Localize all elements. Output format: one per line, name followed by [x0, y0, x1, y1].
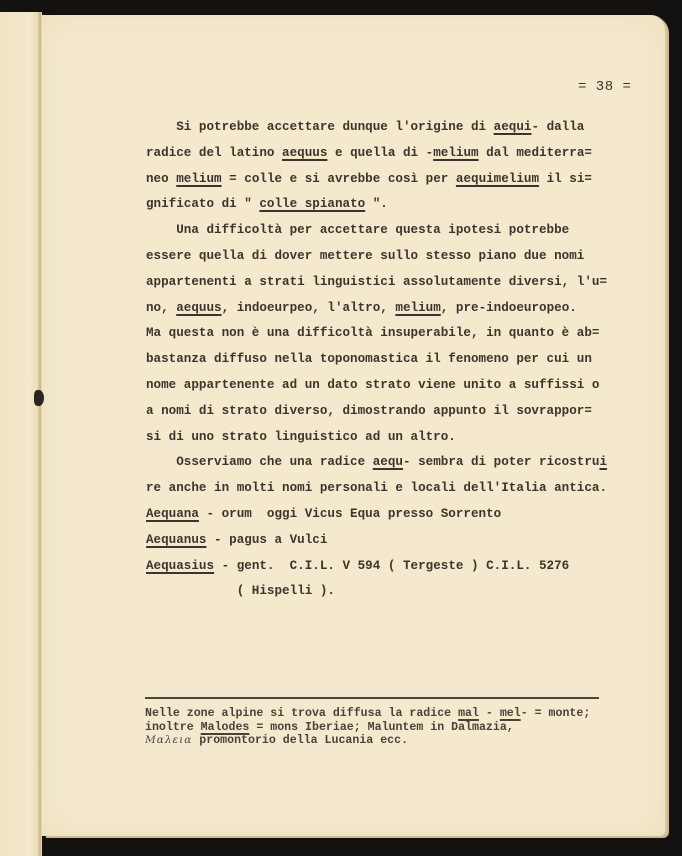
text-segment: il si=	[539, 172, 592, 186]
text-segment: - gent. C.I.L. V 594 ( Tergeste ) C.I.L.…	[214, 559, 569, 573]
underlined-term: Malodes	[201, 721, 250, 734]
paragraph-line: ( Hispelli ).	[146, 579, 606, 605]
footnote-separator	[145, 697, 599, 699]
text-segment: Si potrebbe accettare dunque l'origine d…	[146, 120, 494, 134]
text-segment: si di uno strato linguistico ad un altro…	[146, 430, 456, 444]
paragraph-line: bastanza diffuso nella toponomastica il …	[146, 347, 606, 373]
paragraph: Si potrebbe accettare dunque l'origine d…	[146, 115, 606, 218]
paragraph-line: gnificato di " colle spianato ".	[146, 192, 606, 218]
text-segment: , indoeurpeo, l'altro,	[222, 301, 396, 315]
text-segment: essere quella di dover mettere sullo ste…	[146, 249, 584, 263]
paragraph-line: essere quella di dover mettere sullo ste…	[146, 244, 606, 270]
underlined-term: i	[599, 455, 607, 469]
underlined-term: mal	[458, 707, 479, 720]
text-segment: promontorio della Lucania ecc.	[192, 734, 408, 747]
text-segment: ( Hispelli ).	[146, 584, 335, 598]
underlined-term: melium	[176, 172, 221, 186]
binder-hole	[34, 390, 44, 406]
underlined-term: aequ	[373, 455, 403, 469]
text-segment: inoltre	[145, 721, 201, 734]
text-segment: appartenenti a strati linguistici assolu…	[146, 275, 607, 289]
paragraph-line: si di uno strato linguistico ad un altro…	[146, 425, 606, 451]
text-segment: bastanza diffuso nella toponomastica il …	[146, 352, 592, 366]
paragraph: Una difficoltà per accettare questa ipot…	[146, 218, 606, 450]
page-number: = 38 =	[578, 79, 631, 95]
body-text: Si potrebbe accettare dunque l'origine d…	[146, 115, 606, 605]
text-segment: Osserviamo che una radice	[146, 455, 373, 469]
footnote-line: Μαλεια promontorio della Lucania ecc.	[145, 734, 625, 748]
paragraph-line: Ma questa non è una difficoltà insuperab…	[146, 321, 606, 347]
underlined-term: colle spianato	[259, 197, 365, 211]
text-segment: Una difficoltà per accettare questa ipot…	[146, 223, 569, 237]
text-segment: Ma questa non è una difficoltà insuperab…	[146, 326, 599, 340]
underlined-term: Aequanus	[146, 533, 206, 547]
footnote: Nelle zone alpine si trova diffusa la ra…	[145, 707, 625, 748]
text-segment: - pagus a Vulci	[206, 533, 327, 547]
text-segment: no,	[146, 301, 176, 315]
paragraph-line: radice del latino aequus e quella di -me…	[146, 141, 606, 167]
text-segment: dal mediterra=	[479, 146, 592, 160]
handwritten-annotation: Μαλεια	[145, 734, 192, 746]
text-segment: - orum oggi Vicus Equa presso Sorrento	[199, 507, 501, 521]
text-segment: - sembra di poter ricostru	[403, 455, 600, 469]
text-segment: , pre-indoeuropeo.	[441, 301, 577, 315]
text-segment: -	[479, 707, 500, 720]
text-segment: neo	[146, 172, 176, 186]
underlined-term: melium	[395, 301, 440, 315]
text-segment: gnificato di "	[146, 197, 259, 211]
footnote-line: Nelle zone alpine si trova diffusa la ra…	[145, 707, 625, 721]
text-segment: = mons Iberiae; Maluntem in Dalmazia,	[249, 721, 513, 734]
paragraph-line: Osserviamo che una radice aequ- sembra d…	[146, 450, 606, 476]
text-segment: ".	[365, 197, 388, 211]
text-segment: = colle e si avrebbe così per	[222, 172, 456, 186]
paragraph-line: no, aequus, indoeurpeo, l'altro, melium,…	[146, 296, 606, 322]
text-segment: - dalla	[531, 120, 584, 134]
paragraph-line: Una difficoltà per accettare questa ipot…	[146, 218, 606, 244]
previous-page-edge	[0, 12, 42, 856]
text-segment: nome appartenente ad un dato strato vien…	[146, 378, 599, 392]
text-segment: a nomi di strato diverso, dimostrando ap…	[146, 404, 592, 418]
paragraph-line: Si potrebbe accettare dunque l'origine d…	[146, 115, 606, 141]
footnote-line: inoltre Malodes = mons Iberiae; Maluntem…	[145, 721, 625, 735]
paragraph-line: nome appartenente ad un dato strato vien…	[146, 373, 606, 399]
text-segment: re anche in molti nomi personali e local…	[146, 481, 607, 495]
underlined-term: Aequasius	[146, 559, 214, 573]
underlined-term: aequus	[176, 301, 221, 315]
paragraph: Osserviamo che una radice aequ- sembra d…	[146, 450, 606, 605]
paragraph-line: neo melium = colle e si avrebbe così per…	[146, 167, 606, 193]
paragraph-line: a nomi di strato diverso, dimostrando ap…	[146, 399, 606, 425]
paragraph-line: re anche in molti nomi personali e local…	[146, 476, 606, 502]
text-segment: e quella di -	[327, 146, 433, 160]
underlined-term: aequi	[494, 120, 532, 134]
text-segment: Nelle zone alpine si trova diffusa la ra…	[145, 707, 458, 720]
paragraph-line: Aequasius - gent. C.I.L. V 594 ( Tergest…	[146, 554, 606, 580]
underlined-term: Aequana	[146, 507, 199, 521]
underlined-term: aequus	[282, 146, 327, 160]
paragraph-line: Aequanus - pagus a Vulci	[146, 528, 606, 554]
paragraph-line: Aequana - orum oggi Vicus Equa presso So…	[146, 502, 606, 528]
underlined-term: mel	[500, 707, 521, 720]
text-segment: radice del latino	[146, 146, 282, 160]
paragraph-line: appartenenti a strati linguistici assolu…	[146, 270, 606, 296]
underlined-term: melium	[433, 146, 478, 160]
text-segment: - = monte;	[521, 707, 591, 720]
underlined-term: aequimelium	[456, 172, 539, 186]
binding-spine	[38, 12, 41, 856]
